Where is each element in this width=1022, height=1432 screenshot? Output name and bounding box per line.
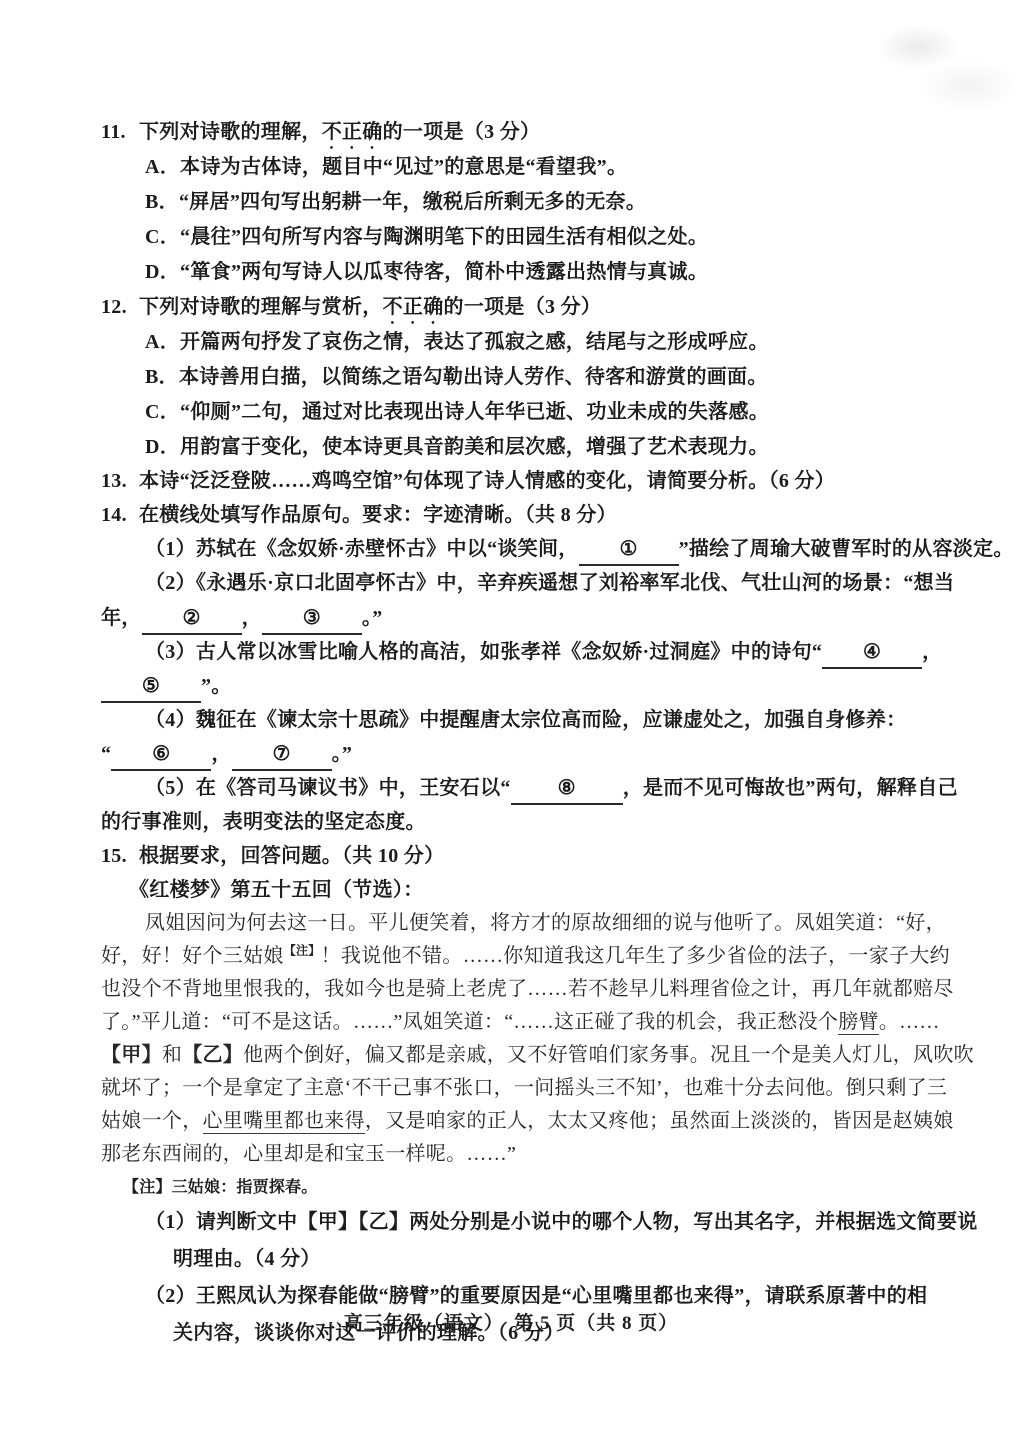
excerpt-l7-pre: 姑娘一个，	[101, 1110, 203, 1132]
excerpt-line-2: 好，好！好个三姑娘【注】！我说他不错。……你知道我这几年生了多少省俭的法子，一家…	[101, 940, 926, 973]
footnote: 【注】三姑娘：指贾探春。	[101, 1171, 926, 1204]
question-12-number: 12.	[101, 290, 139, 325]
question-12-option-c: C．“仰厕”二句，通过对比表现出诗人年华已逝、功业未成的失落感。	[101, 395, 926, 430]
excerpt-l2-post: ！我说他不错。……你知道我这几年生了多少省俭的法子，一家子大约	[321, 945, 950, 967]
q14-item2-pre: 年，	[101, 607, 142, 629]
excerpt-l4-post: 。……	[879, 1011, 940, 1033]
underlined-bangbi: 膀臂	[838, 1011, 879, 1035]
q14-item3-comma: ，	[922, 641, 942, 663]
question-11-option-d: D．“箪食”两句写诗人以瓜枣待客，简朴中透露出热情与真诚。	[101, 255, 926, 290]
excerpt-line-3: 也没个不背地里恨我的，我如今也是骑上老虎了……若不趁早儿料理省俭之计，再几年就都…	[101, 973, 926, 1006]
exam-page: 11.下列对诗歌的理解，不正确的一项是（3 分） A．本诗为古体诗，题目中“见过…	[0, 0, 1022, 1432]
question-14-item-3-line-2: ⑤”。	[101, 669, 926, 703]
excerpt-line-1: 凤姐因问为何去这一日。平儿便笑着，将方才的原故细细的说与他听了。凤姐笑道：“好，	[101, 907, 926, 940]
q14-item3-post: ”。	[201, 675, 232, 697]
question-12-option-b: B．本诗善用白描，以简练之语勾勒出诗人劳作、待客和游赏的画面。	[101, 360, 926, 395]
fill-blank-1[interactable]: ①	[579, 536, 679, 566]
question-15-sub-1-line-2: 明理由。（4 分）	[101, 1241, 926, 1278]
question-14-item-5-line-2: 的行事准则，表明变法的坚定态度。	[101, 805, 926, 839]
question-11-number: 11.	[101, 115, 139, 150]
excerpt-l7-post: ，又是咱家的正人，太太又疼他；虽然面上淡淡的，皆因是赵姨娘	[365, 1110, 954, 1132]
question-11-option-a: A．本诗为古体诗，题目中“见过”的意思是“看望我”。	[101, 150, 926, 185]
question-13-text: 本诗“泛泛登陂……鸡鸣空馆”句体现了诗人情感的变化，请简要分析。（6 分）	[139, 470, 835, 492]
fill-blank-3[interactable]: ③	[262, 605, 362, 635]
question-13-number: 13.	[101, 464, 139, 498]
page-footer: 高三年级（语文） 第 5 页（共 8 页）	[0, 1308, 1022, 1335]
q14-item5-pre: （5）在《答司马谏议书》中，王安石以“	[145, 777, 511, 799]
fill-blank-8[interactable]: ⑧	[511, 775, 623, 805]
question-11-stem: 11.下列对诗歌的理解，不正确的一项是（3 分）	[101, 115, 926, 150]
q14-item2-mid: ，	[242, 607, 262, 629]
question-14-item-5-line-1: （5）在《答司马谏议书》中，王安石以“⑧，是而不见可悔故也”两句，解释自己	[101, 771, 926, 805]
question-15-stem: 15.根据要求，回答问题。（共 10 分）	[101, 839, 926, 873]
excerpt-line-6: 就坏了；一个是拿定了主意‘不干己事不张口，一问摇头三不知’，也难十分去问他。倒只…	[101, 1072, 926, 1105]
bracket-yi: 【乙】	[182, 1044, 243, 1066]
fill-blank-5[interactable]: ⑤	[101, 673, 201, 703]
question-14-item-4-line-1: （4）魏征在《谏太宗十思疏》中提醒唐太宗位高而险，应谦虚处之，加强自身修养：	[101, 703, 926, 737]
excerpt-line-4: 了。”平儿道：“可不是这话。……”凤姐笑道：“……这正碰了我的机会，我正愁没个膀…	[101, 1006, 926, 1039]
q14-item1-pre: （1）苏轼在《念奴娇·赤壁怀古》中以“谈笑间，	[145, 538, 579, 560]
excerpt-l4-pre: 了。”平儿道：“可不是这话。……”凤姐笑道：“……这正碰了我的机会，我正愁没个	[101, 1011, 838, 1033]
excerpt-l5-mid: 和	[162, 1044, 182, 1066]
question-12-option-d: D．用韵富于变化，使本诗更具音韵美和层次感，增强了艺术表现力。	[101, 430, 926, 464]
question-14-number: 14.	[101, 498, 139, 532]
question-14-item-2-line-2: 年，②，③。”	[101, 601, 926, 635]
question-14-item-2-line-1: （2）《永遇乐·京口北固亭怀古》中，辛弃疾遥想了刘裕率军北伐、气壮山河的场景：“…	[101, 566, 926, 601]
question-15-stem-text: 根据要求，回答问题。（共 10 分）	[139, 845, 444, 867]
excerpt-title: 《红楼梦》第五十五回（节选）：	[101, 873, 926, 907]
question-15-number: 15.	[101, 839, 139, 873]
question-11-option-c: C．“晨往”四句所写内容与陶渊明笔下的田园生活有相似之处。	[101, 220, 926, 255]
question-14-item-4-line-2: “⑥，⑦。”	[101, 737, 926, 771]
question-14-stem: 14.在横线处填写作品原句。要求：字迹清晰。（共 8 分）	[101, 498, 926, 532]
note-superscript: 【注】	[284, 943, 321, 957]
excerpt-line-8: 那老东西闹的，心里却是和宝玉一样呢。……”	[101, 1138, 926, 1171]
excerpt-line-5: 【甲】和【乙】他两个倒好，偏又都是亲戚，又不好管咱们家务事。况且一个是美人灯儿，…	[101, 1039, 926, 1072]
fill-blank-6[interactable]: ⑥	[111, 741, 211, 771]
fill-blank-7[interactable]: ⑦	[232, 741, 332, 771]
question-12-stem-post: 的一项是（3 分）	[444, 296, 602, 318]
underlined-phrase: 心里嘴里都也来得	[203, 1110, 365, 1134]
question-15-sub-1-line-1: （1）请判断文中【甲】【乙】两处分别是小说中的哪个人物，写出其名字，并根据选文简…	[101, 1204, 926, 1241]
fill-blank-4[interactable]: ④	[822, 639, 922, 669]
excerpt-l2-pre: 好，好！好个三姑娘	[101, 945, 284, 967]
bracket-jia: 【甲】	[101, 1044, 162, 1066]
q14-item2-post: 。”	[362, 607, 383, 629]
excerpt-line-7: 姑娘一个，心里嘴里都也来得，又是咱家的正人，太太又疼他；虽然面上淡淡的，皆因是赵…	[101, 1105, 926, 1138]
question-13: 13.本诗“泛泛登陂……鸡鸣空馆”句体现了诗人情感的变化，请简要分析。（6 分）	[101, 464, 926, 498]
question-11-option-b: B．“屏居”四句写出躬耕一年，缴税后所剩无多的无奈。	[101, 185, 926, 220]
q14-item5-post: ，是而不见可悔故也”两句，解释自己	[623, 777, 958, 799]
question-12-stem-pre: 下列对诗歌的理解与赏析，	[139, 296, 383, 318]
question-14-stem-text: 在横线处填写作品原句。要求：字迹清晰。（共 8 分）	[139, 504, 617, 526]
question-12-stem-emphasis: 不正确	[383, 296, 444, 318]
honglou-excerpt: 凤姐因问为何去这一日。平儿便笑着，将方才的原故细细的说与他听了。凤姐笑道：“好，…	[101, 907, 926, 1171]
q14-item4-post: 。”	[332, 743, 353, 765]
question-12-stem: 12.下列对诗歌的理解与赏析，不正确的一项是（3 分）	[101, 290, 926, 325]
q14-item4-pre: “	[101, 743, 111, 765]
excerpt-l5-post: 他两个倒好，偏又都是亲戚，又不好管咱们家务事。况且一个是美人灯儿，风吹吹	[243, 1044, 974, 1066]
question-11-stem-emphasis: 不正确	[322, 121, 383, 143]
question-11-stem-pre: 下列对诗歌的理解，	[139, 121, 322, 143]
question-14-item-1: （1）苏轼在《念奴娇·赤壁怀古》中以“谈笑间，①”描绘了周瑜大破曹军时的从容淡定…	[101, 532, 926, 566]
fill-blank-2[interactable]: ②	[142, 605, 242, 635]
question-14-item-3-line-1: （3）古人常以冰雪比喻人格的高洁，如张孝祥《念奴娇·过洞庭》中的诗句“④，	[101, 635, 926, 669]
q14-item1-post: ”描绘了周瑜大破曹军时的从容淡定。	[679, 538, 1014, 560]
q14-item3-pre: （3）古人常以冰雪比喻人格的高洁，如张孝祥《念奴娇·过洞庭》中的诗句“	[145, 641, 822, 663]
q14-item4-mid: ，	[211, 743, 231, 765]
question-12-option-a: A．开篇两句抒发了哀伤之情，表达了孤寂之感，结尾与之形成呼应。	[101, 325, 926, 360]
question-11-stem-post: 的一项是（3 分）	[383, 121, 541, 143]
